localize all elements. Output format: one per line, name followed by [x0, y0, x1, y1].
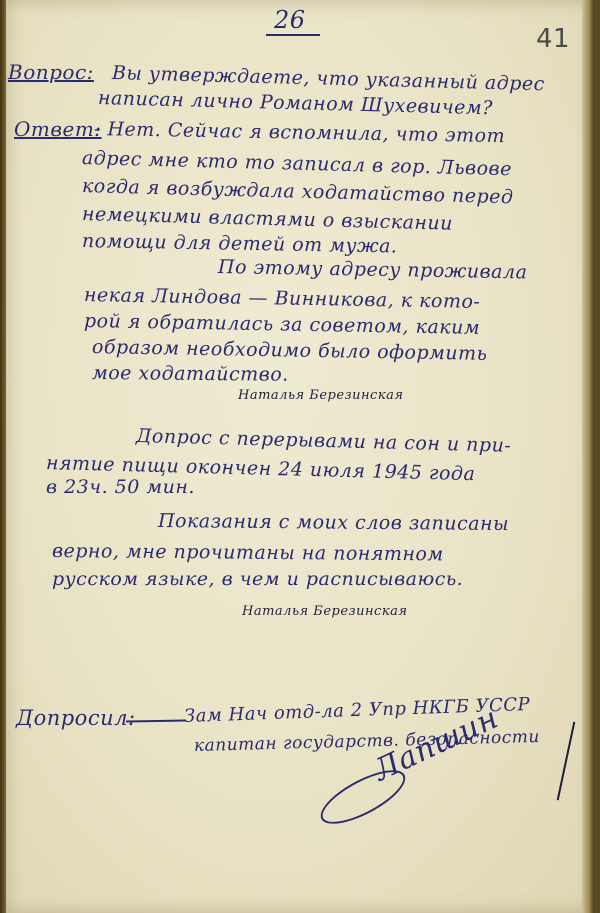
- answer-line-7: некая Линдова — Винникова, к кото-: [84, 284, 481, 313]
- answer-line-9: образом необходимо было оформить: [92, 336, 488, 365]
- interrogator-label: Допросил:: [16, 706, 136, 730]
- closing-line-3: в 23ч. 50 мин.: [46, 476, 195, 498]
- attestation-line-3: русском языке, в чем и расписываюсь.: [52, 568, 463, 590]
- answer-line-8: рой я обратилась за советом, каким: [84, 310, 480, 339]
- closing-line-1: Допрос с перерывами на сон и при-: [136, 425, 512, 457]
- binding-edge-right: [582, 0, 594, 913]
- answer-line-10: мое ходатайство.: [92, 362, 289, 386]
- document-page: 26 41 Вопрос: Вы утверждаете, что указан…: [6, 0, 594, 913]
- witness-signature-2: Наталья Березинская: [242, 604, 407, 619]
- dash-stroke: [126, 719, 186, 722]
- answer-line-5: помощи для детей от мужа.: [82, 230, 398, 258]
- signature-tail-stroke: [557, 722, 576, 801]
- page-number-header: 26: [274, 6, 306, 34]
- question-label: Вопрос:: [8, 60, 94, 84]
- answer-line-2: адрес мне кто то записал в гор. Львове: [82, 147, 512, 180]
- attestation-line-2: верно, мне прочитаны на понятном: [52, 540, 444, 565]
- attestation-line-1: Показания с моих слов записаны: [158, 510, 509, 535]
- answer-label: Ответ:: [14, 117, 102, 141]
- answer-line-6: По этому адресу проживала: [218, 256, 528, 283]
- signature-flourish: [314, 760, 413, 834]
- answer-line-3: когда я возбуждала ходатайство перед: [82, 175, 514, 208]
- witness-signature-1: Наталья Березинская: [238, 388, 403, 403]
- folio-number: 41: [536, 24, 570, 54]
- answer-line-4: немецкими властями о взыскании: [82, 203, 454, 235]
- answer-line-1: - Нет. Сейчас я вспомнила, что этот: [94, 118, 505, 147]
